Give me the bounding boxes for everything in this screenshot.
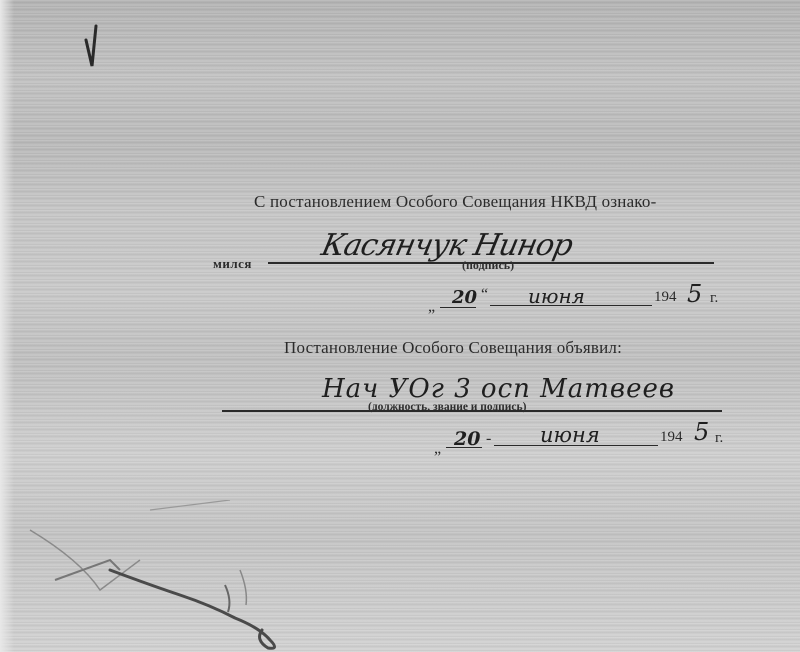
date-day: 20 xyxy=(452,287,477,308)
date-close-quote: “ xyxy=(481,286,488,304)
date2-month: июня xyxy=(540,423,600,447)
scanned-document-page: С постановлением Особого Совещания НКВД … xyxy=(0,0,800,652)
date2-open-quote: „ xyxy=(434,440,441,458)
date-year-handwritten: 5 xyxy=(687,280,702,308)
date-year-suffix: г. xyxy=(710,290,718,307)
check-mark-icon xyxy=(84,22,98,72)
official-signature: Нач УОг 3 осп Матвеев xyxy=(322,374,675,404)
announced-statement: Постановление Особого Совещания объявил: xyxy=(284,338,622,358)
date-year-printed: 194 xyxy=(654,289,677,306)
acquainted-statement-prefix: мился xyxy=(213,256,252,272)
date2-day: 20 xyxy=(454,428,480,450)
faint-scrawl-mark xyxy=(0,500,320,652)
signature-caption: (подпись) xyxy=(462,258,514,273)
date2-separator: - xyxy=(486,430,491,448)
official-signature-caption: (должность, звание и подпись) xyxy=(368,401,526,413)
date2-year-suffix: г. xyxy=(715,430,723,447)
acquainted-statement-line1: С постановлением Особого Совещания НКВД … xyxy=(254,192,656,212)
prisoner-signature: Касянчук Нинор xyxy=(318,228,575,263)
date2-year-handwritten: 5 xyxy=(694,418,709,446)
date-month: июня xyxy=(528,284,585,308)
date2-year-printed: 194 xyxy=(660,429,683,446)
date-open-quote: „ xyxy=(428,298,435,316)
